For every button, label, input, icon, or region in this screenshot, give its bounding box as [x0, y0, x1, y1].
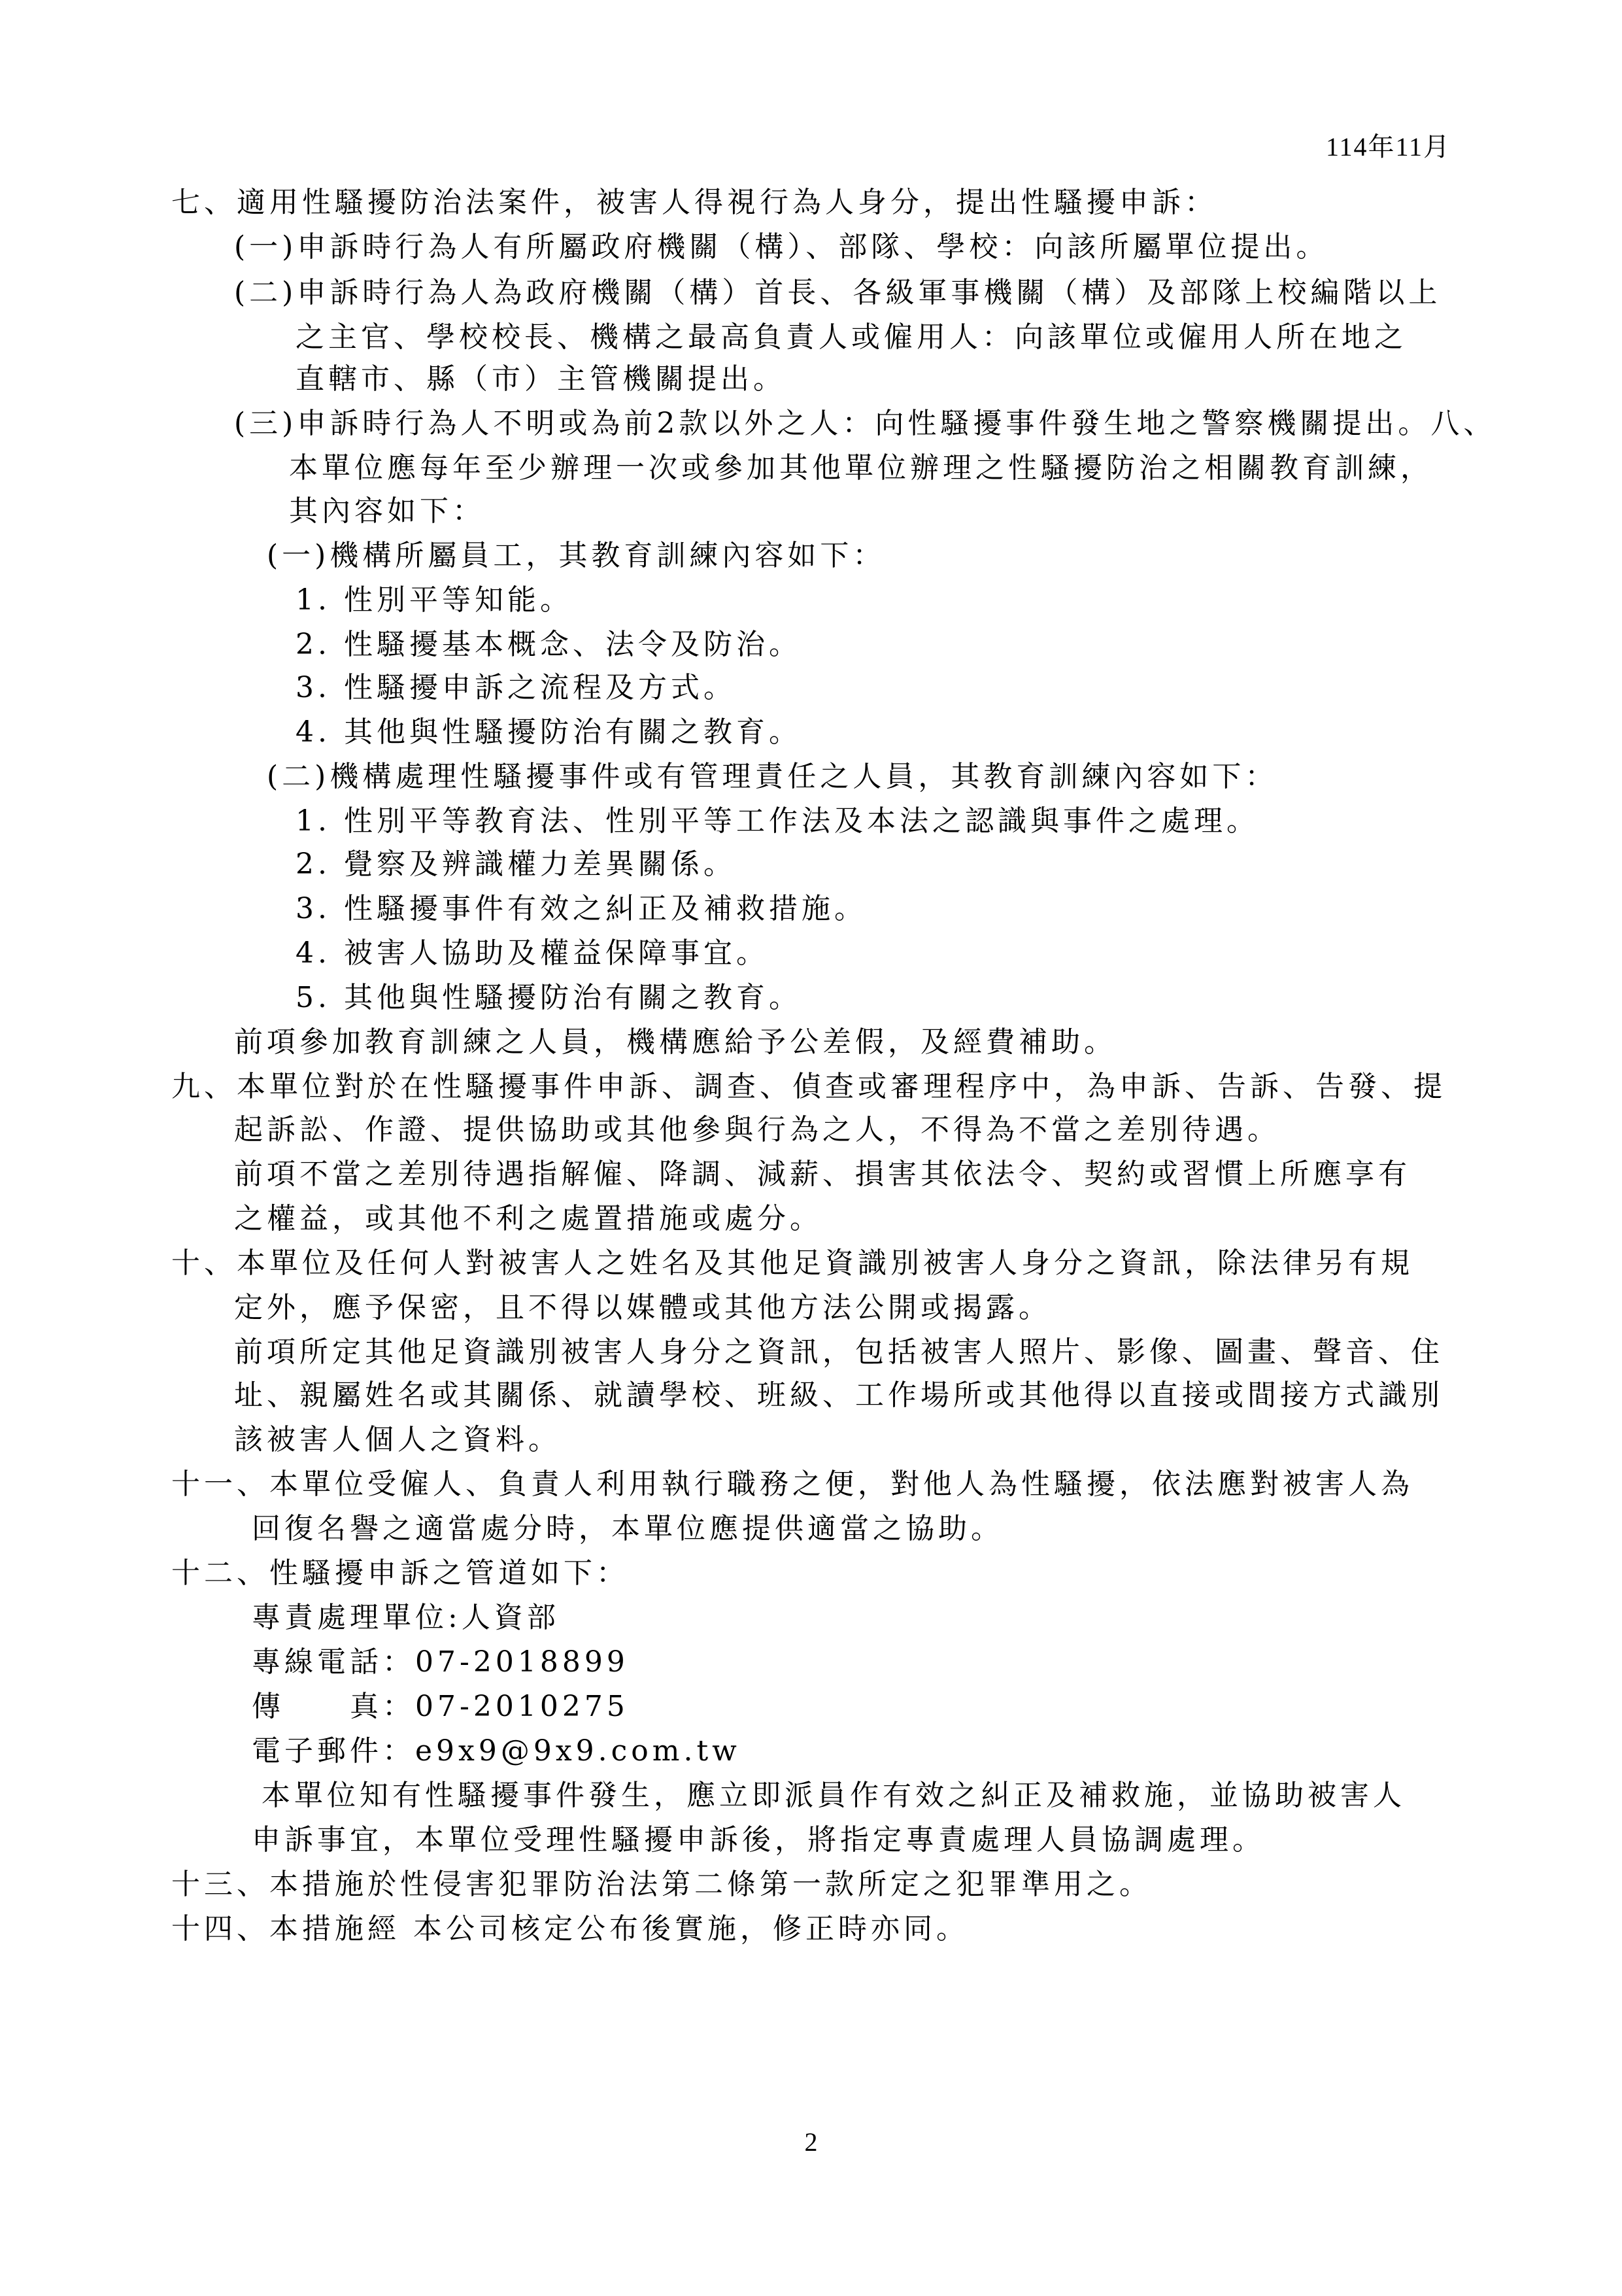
article-9-cont: 起訴訟、作證、提供協助或其他參與行為之人，不得為不當之差別待遇。 — [234, 1112, 1280, 1148]
document-page: 114年11月 七、適用性騷擾防治法案件，被害人得視行為人身分，提出性騷擾申訴：… — [0, 0, 1622, 2296]
article-11-cont: 回復名譽之適當處分時，本單位應提供適當之協助。 — [252, 1511, 1004, 1547]
article-12-heading: 十二、性騷擾申訴之管道如下： — [171, 1555, 629, 1592]
article-8-heading: 本單位應每年至少辦理一次或參加其他單位辦理之性騷擾防治之相關教育訓練， — [289, 450, 1433, 487]
article-7-item-1: (一)申訴時行為人有所屬政府機關（構）、部隊、學校：向該所屬單位提出。 — [234, 229, 1328, 266]
complaint-unit: 專責處理單位:人資部 — [252, 1600, 560, 1636]
article-8-item-1-point-4: 4. 其他與性騷擾防治有關之教育。 — [296, 714, 802, 751]
article-11-heading: 十一、本單位受僱人、負責人利用執行職務之便，對他人為性騷擾，依法應對被害人為 — [171, 1466, 1413, 1503]
page-number: 2 — [0, 2127, 1622, 2157]
article-10-note-cont2: 該被害人個人之資料。 — [234, 1422, 561, 1458]
article-12-note-cont: 申訴事宜，本單位受理性騷擾申訴後，將指定專責處理人員協調處理。 — [252, 1822, 1265, 1859]
article-8-note: 前項參加教育訓練之人員，機構應給予公差假，及經費補助。 — [234, 1024, 1117, 1061]
article-10-note: 前項所定其他足資識別被害人身分之資訊，包括被害人照片、影像、圖畫、聲音、住 — [234, 1334, 1444, 1371]
complaint-phone: 專線電話：07-2018899 — [252, 1644, 629, 1681]
article-8-item-2-point-1: 1. 性別平等教育法、性別平等工作法及本法之認識與事件之處理。 — [296, 803, 1259, 840]
article-8-item-2-point-5: 5. 其他與性騷擾防治有關之教育。 — [296, 980, 802, 1016]
article-10-heading: 十、本單位及任何人對被害人之姓名及其他足資識別被害人身分之資訊，除法律另有規 — [171, 1245, 1413, 1282]
document-date: 114年11月 — [1326, 131, 1451, 163]
article-10-note-cont: 址、親屬姓名或其關係、就讀學校、班級、工作場所或其他得以直接或間接方式識別 — [234, 1377, 1444, 1414]
article-8-item-1-point-1: 1. 性別平等知能。 — [296, 582, 573, 619]
article-13: 十三、本措施於性侵害犯罪防治法第二條第一款所定之犯罪準用之。 — [171, 1866, 1152, 1903]
article-8-item-2: (二)機構處理性騷擾事件或有管理責任之人員，其教育訓練內容如下： — [267, 759, 1277, 795]
article-8-item-1: (一)機構所屬員工，其教育訓練內容如下： — [267, 538, 885, 574]
article-12-note: 本單位知有性騷擾事件發生，應立即派員作有效之糾正及補救施，並協助被害人 — [262, 1777, 1406, 1814]
article-8-item-1-point-3: 3. 性騷擾申訴之流程及方式。 — [296, 670, 736, 706]
article-8-item-2-point-2: 2. 覺察及辨識權力差異關係。 — [296, 846, 736, 883]
article-9-note-cont: 之權益，或其他不利之處置措施或處分。 — [234, 1201, 822, 1237]
article-8-item-1-point-2: 2. 性騷擾基本概念、法令及防治。 — [296, 626, 802, 663]
complaint-fax: 傳 真：07-2010275 — [252, 1688, 629, 1725]
article-9-heading: 九、本單位對於在性騷擾事件申訴、調查、偵查或審理程序中，為申訴、告訴、告發、提 — [171, 1069, 1446, 1105]
article-8-heading-cont: 其內容如下： — [289, 493, 485, 530]
article-7-heading: 七、適用性騷擾防治法案件，被害人得視行為人身分，提出性騷擾申訴： — [171, 184, 1217, 221]
complaint-email[interactable]: 電子郵件：e9x9@9x9.com.tw — [252, 1733, 741, 1770]
article-7-item-2: (二)申訴時行為人為政府機關（構）首長、各級軍事機關（構）及部隊上校編階以上 — [234, 275, 1441, 311]
article-8-item-2-point-4: 4. 被害人協助及權益保障事宜。 — [296, 935, 769, 972]
article-9-note: 前項不當之差別待遇指解僱、降調、減薪、損害其依法令、契約或習慣上所應享有 — [234, 1156, 1411, 1193]
article-14: 十四、本措施經 本公司核定公布後實施，修正時亦同。 — [171, 1911, 969, 1947]
article-10-cont: 定外，應予保密，且不得以媒體或其他方法公開或揭露。 — [234, 1290, 1051, 1326]
article-7-item-2-cont: 之主官、學校校長、機構之最高負責人或僱用人：向該單位或僱用人所在地之 — [296, 319, 1407, 356]
article-7-item-2-cont2: 直轄市、縣（市）主管機關提出。 — [296, 361, 786, 398]
article-7-item-3: (三)申訴時行為人不明或為前2款以外之人：向性騷擾事件發生地之警察機關提出。八、 — [234, 405, 1496, 442]
article-8-item-2-point-3: 3. 性騷擾事件有效之糾正及補救措施。 — [296, 891, 867, 927]
